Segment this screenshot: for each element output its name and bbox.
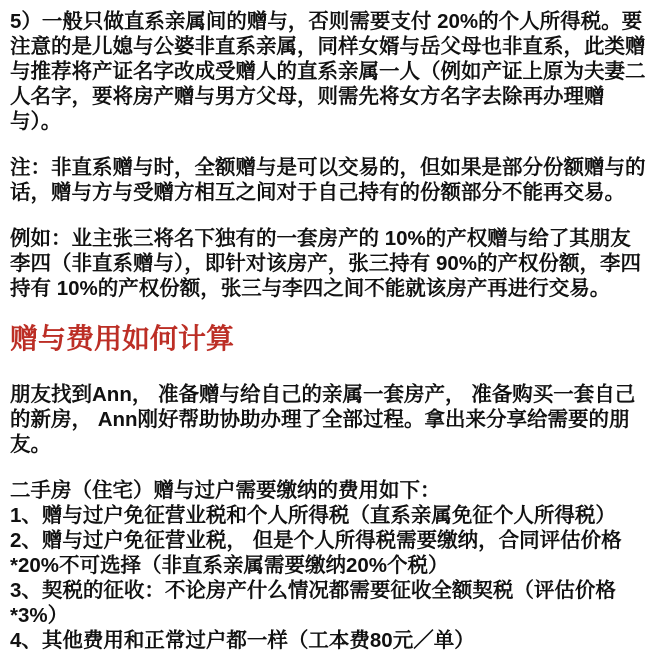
section-heading-fee-calculation: 赠与费用如何计算 [10, 322, 650, 356]
paragraph-example: 例如：业主张三将名下独有的一套房产的 10%的产权赠与给了其朋友李四（非直系赠与… [10, 226, 650, 301]
article-page: 5）一般只做直系亲属间的赠与，否则需要支付 20%的个人所得税。要注意的是儿媳与… [0, 0, 660, 657]
fee-item-3: 3、契税的征收：不论房产什么情况都需要征收全额契税（评估价格*3%） [10, 578, 650, 628]
fee-item-2: 2、赠与过户免征营业税， 但是个人所得税需要缴纳，合同评估价格*20%不可选择（… [10, 528, 650, 578]
fee-list: 二手房（住宅）赠与过户需要缴纳的费用如下： 1、赠与过户免征营业税和个人所得税（… [10, 478, 650, 653]
fee-list-title: 二手房（住宅）赠与过户需要缴纳的费用如下： [10, 478, 650, 503]
fee-item-1: 1、赠与过户免征营业税和个人所得税（直系亲属免征个人所得税） [10, 503, 650, 528]
paragraph-note: 注：非直系赠与时，全额赠与是可以交易的，但如果是部分份额赠与的话，赠与方与受赠方… [10, 155, 650, 205]
paragraph-gift-rule: 5）一般只做直系亲属间的赠与，否则需要支付 20%的个人所得税。要注意的是儿媳与… [10, 9, 650, 134]
fee-item-4: 4、其他费用和正常过户都一样（工本费80元／单） [10, 628, 650, 653]
paragraph-intro: 朋友找到Ann， 准备赠与给自己的亲属一套房产， 准备购买一套自己的新房， An… [10, 382, 650, 457]
